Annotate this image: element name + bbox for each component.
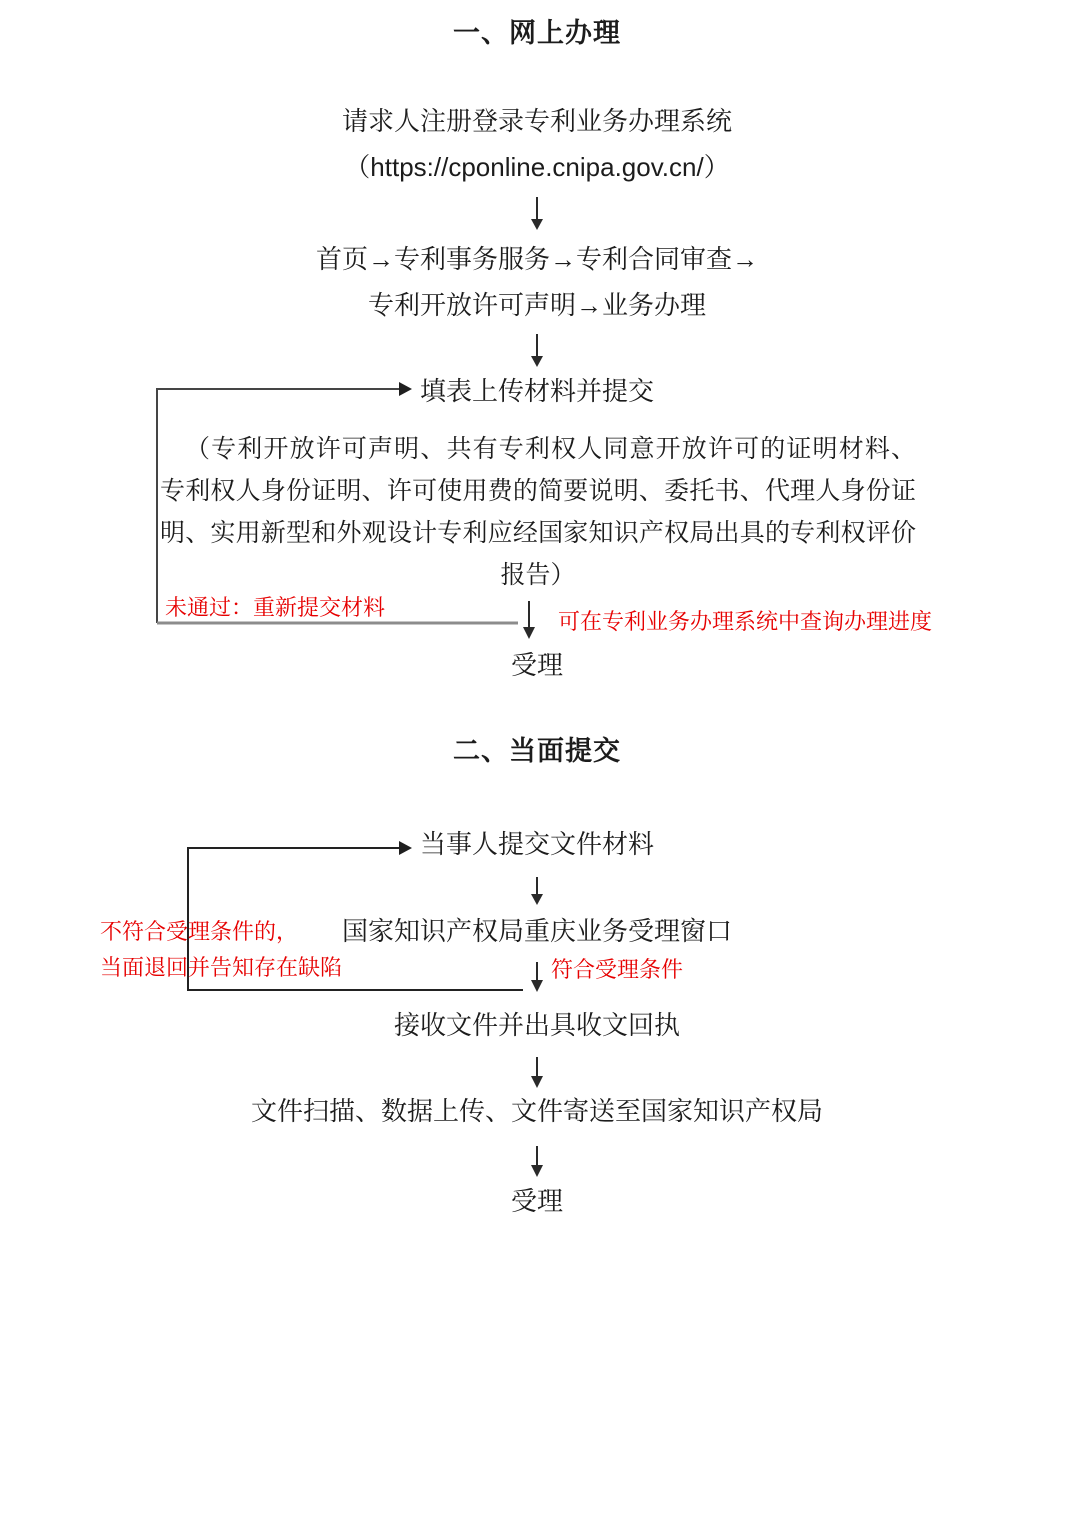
- materials-line: （专利开放许可声明、共有专利权人同意开放许可的证明材料、: [160, 428, 916, 470]
- materials-line: 明、实用新型和外观设计专利应经国家知识产权局出具的专利权评价: [160, 512, 916, 554]
- step-scan-upload: 文件扫描、数据上传、文件寄送至国家知识产权局: [0, 1094, 1074, 1128]
- section2-title: 二、当面提交: [0, 734, 1074, 768]
- step-window: 国家知识产权局重庆业务受理窗口: [0, 914, 1074, 948]
- step-submit-form: 填表上传材料并提交: [0, 374, 1074, 408]
- annotation-progress: 可在专利业务办理系统中查询办理进度: [558, 608, 932, 636]
- step-register: 请求人注册登录专利业务办理系统: [0, 104, 1074, 138]
- arrow-down-icon: [531, 1057, 543, 1088]
- arrow-down-icon: [531, 877, 543, 905]
- step-accept-inperson: 受理: [0, 1184, 1074, 1218]
- step-url: （https://cponline.cnipa.gov.cn/）: [0, 150, 1074, 184]
- step-receive-receipt: 接收文件并出具收文回执: [0, 1008, 1074, 1042]
- arrow-down-icon: [523, 601, 535, 639]
- arrow-down-icon: [531, 197, 543, 230]
- arrow-down-icon: [531, 962, 543, 992]
- materials-line: 报告）: [160, 554, 916, 596]
- step-party-submit: 当事人提交文件材料: [0, 827, 1074, 861]
- annotation-fail: 未通过：重新提交材料: [165, 594, 385, 622]
- flowchart-page: 一、网上办理 请求人注册登录专利业务办理系统 （https://cponline…: [0, 0, 1074, 1520]
- step-accept-online: 受理: [0, 648, 1074, 682]
- materials-line: 专利权人身份证明、许可使用费的简要说明、委托书、代理人身份证: [160, 470, 916, 512]
- annotation-pass: 符合受理条件: [551, 956, 683, 984]
- step-nav-line2: 专利开放许可声明→业务办理: [0, 288, 1074, 322]
- section1-title: 一、网上办理: [0, 16, 1074, 50]
- annotation-reject-line2: 当面退回并告知存在缺陷: [100, 954, 342, 982]
- materials-paragraph: （专利开放许可声明、共有专利权人同意开放许可的证明材料、 专利权人身份证明、许可…: [160, 428, 916, 596]
- step-nav-line1: 首页→专利事务服务→专利合同审查→: [0, 242, 1074, 276]
- arrow-down-icon: [531, 334, 543, 367]
- arrow-down-icon: [531, 1146, 543, 1177]
